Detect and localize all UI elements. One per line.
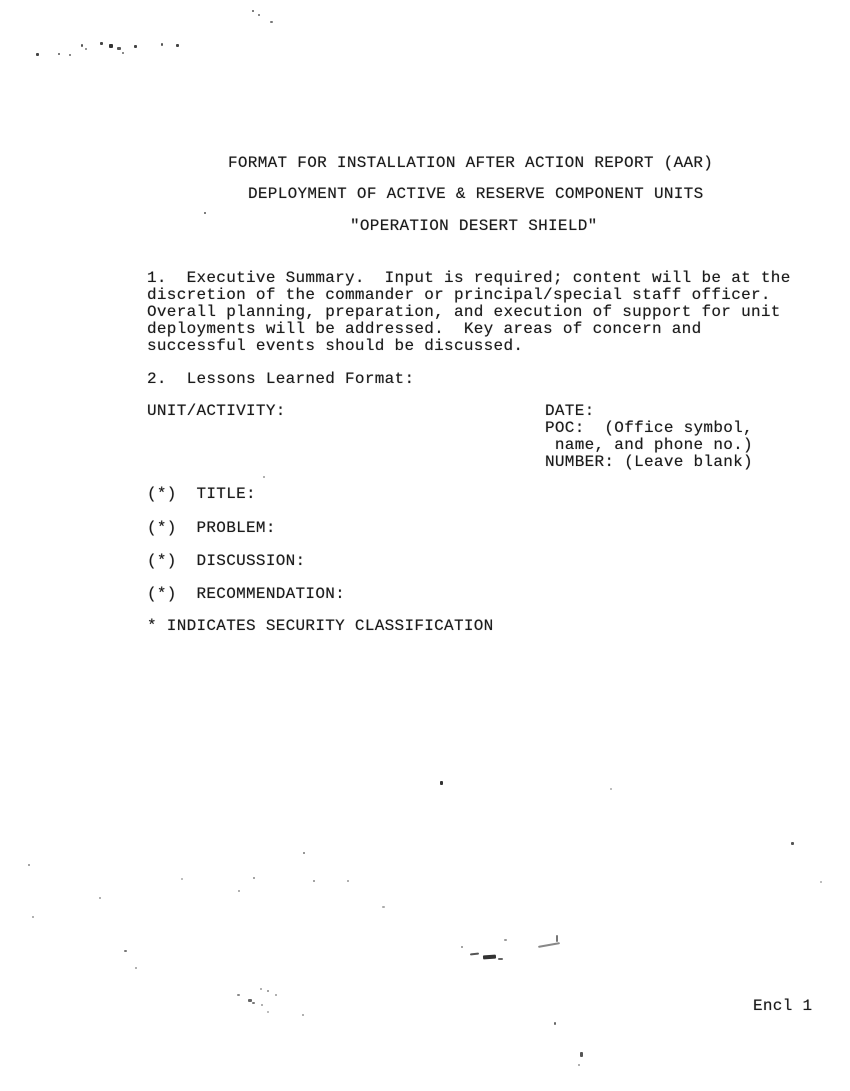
executive-summary-paragraph: 1. Executive Summary. Input is required;… <box>147 270 791 355</box>
scan-speckle <box>58 53 60 55</box>
scan-smudge <box>498 958 503 960</box>
scan-speckle <box>161 43 163 46</box>
scan-speckle <box>32 916 34 918</box>
enclosure-label: Encl 1 <box>753 998 812 1015</box>
scan-speckle <box>258 14 260 16</box>
scan-speckle <box>253 877 255 879</box>
document-title-line-3: "OPERATION DESERT SHIELD" <box>350 218 598 235</box>
lesson-item-recommendation: (*) RECOMMENDATION: <box>147 586 345 603</box>
scan-speckle <box>267 990 269 992</box>
executive-summary-line-1: 1. Executive Summary. Input is required;… <box>147 270 791 287</box>
date-label: DATE: <box>545 403 753 420</box>
poc-label-line-1: POC: (Office symbol, <box>545 420 753 437</box>
scan-speckle <box>81 44 83 47</box>
scan-speckle <box>313 880 315 882</box>
classification-note: * INDICATES SECURITY CLASSIFICATION <box>147 618 494 635</box>
document-title-line-2: DEPLOYMENT OF ACTIVE & RESERVE COMPONENT… <box>248 186 703 203</box>
scan-speckle <box>260 988 262 990</box>
scan-speckle <box>382 906 385 908</box>
lesson-item-title: (*) TITLE: <box>147 486 256 503</box>
scan-speckle <box>36 53 39 56</box>
scan-smudge <box>538 942 560 948</box>
lesson-item-discussion: (*) DISCUSSION: <box>147 553 305 570</box>
lesson-item-problem: (*) PROBLEM: <box>147 520 276 537</box>
scan-speckle <box>117 47 121 50</box>
scan-speckle <box>504 939 507 941</box>
executive-summary-line-2: discretion of the commander or principal… <box>147 287 791 304</box>
document-title-line-1: FORMAT FOR INSTALLATION AFTER ACTION REP… <box>228 155 713 172</box>
scan-speckle <box>820 881 822 883</box>
executive-summary-line-3: Overall planning, preparation, and execu… <box>147 304 791 321</box>
scan-speckle <box>461 946 463 948</box>
poc-field-block: DATE: POC: (Office symbol, name, and pho… <box>545 403 753 471</box>
scan-speckle <box>176 44 179 47</box>
scan-smudge <box>556 935 558 942</box>
scan-speckle <box>85 48 87 50</box>
scan-speckle <box>347 880 349 882</box>
scan-speckle <box>267 1011 269 1013</box>
scanned-document-page: FORMAT FOR INSTALLATION AFTER ACTION REP… <box>0 0 850 1091</box>
scan-speckle <box>580 1052 583 1057</box>
scan-speckle <box>791 842 794 845</box>
scan-speckle <box>578 1064 580 1066</box>
executive-summary-line-4: deployments will be addressed. Key areas… <box>147 321 791 338</box>
scan-speckle <box>303 852 305 854</box>
scan-speckle <box>124 950 127 952</box>
scan-speckle <box>263 476 265 478</box>
scan-speckle <box>135 967 137 969</box>
scan-speckle <box>122 52 124 54</box>
scan-speckle <box>440 781 443 785</box>
scan-speckle <box>270 21 273 23</box>
number-label: NUMBER: (Leave blank) <box>545 454 753 471</box>
scan-smudge <box>483 955 496 960</box>
scan-speckle <box>610 788 612 790</box>
scan-speckle <box>238 890 240 892</box>
scan-speckle <box>237 994 240 996</box>
executive-summary-line-5: successful events should be discussed. <box>147 338 791 355</box>
scan-speckle <box>302 1014 304 1016</box>
scan-speckle <box>134 45 137 48</box>
scan-speckle <box>69 54 71 56</box>
scan-speckle <box>181 878 183 880</box>
scan-speckle <box>261 1004 263 1006</box>
scan-speckle <box>252 1002 255 1004</box>
scan-speckle <box>109 44 113 48</box>
unit-activity-label: UNIT/ACTIVITY: <box>147 403 286 420</box>
lessons-learned-heading: 2. Lessons Learned Format: <box>147 371 414 388</box>
scan-speckle <box>100 42 103 45</box>
scan-smudge <box>470 953 479 956</box>
scan-speckle <box>554 1022 556 1025</box>
poc-label-line-2: name, and phone no.) <box>545 437 753 454</box>
scan-speckle <box>28 864 30 866</box>
scan-speckle <box>252 10 254 12</box>
scan-speckle <box>275 994 277 996</box>
scan-speckle <box>99 897 101 899</box>
scan-speckle <box>204 212 206 214</box>
